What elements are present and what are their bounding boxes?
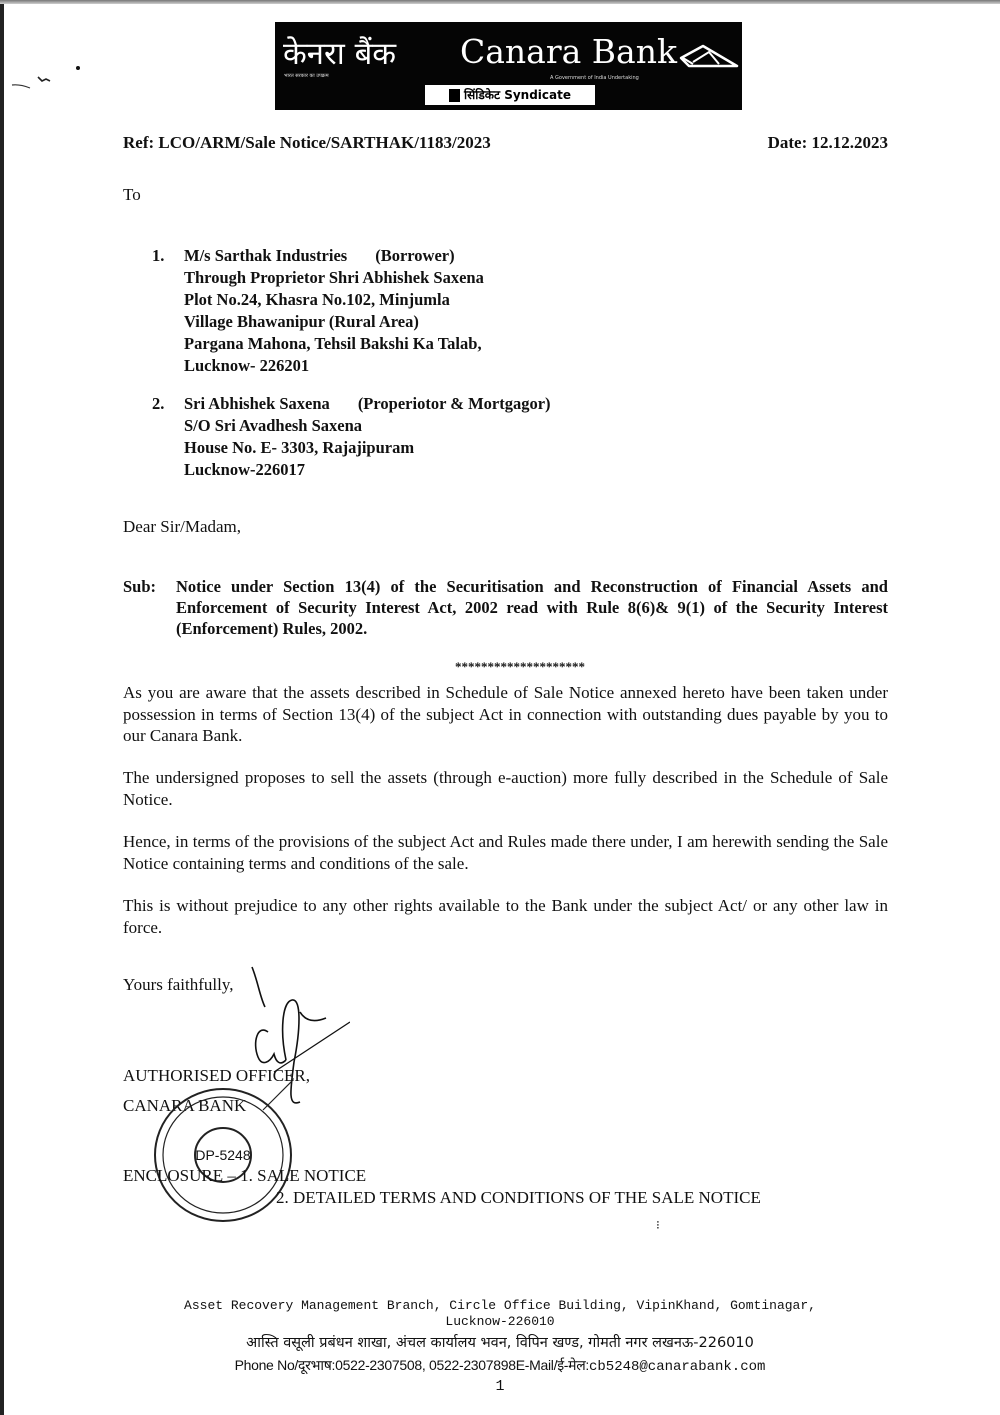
address-line: Through Proprietor Shri Abhishek Saxena bbox=[184, 267, 484, 289]
footer-address-english: Asset Recovery Management Branch, Circle… bbox=[0, 1298, 1000, 1330]
address-line: S/O Sri Avadhesh Saxena bbox=[184, 415, 551, 437]
subject-text: Notice under Section 13(4) of the Securi… bbox=[176, 576, 888, 639]
enclosure-line-2: 2. DETAILED TERMS AND CONDITIONS OF THE … bbox=[276, 1188, 761, 1208]
address-line: Pargana Mahona, Tehsil Bakshi Ka Talab, bbox=[184, 333, 484, 355]
body-paragraph: As you are aware that the assets describ… bbox=[123, 682, 888, 747]
address-line: Lucknow- 226201 bbox=[184, 355, 484, 377]
bank-name-hindi: केनरा बैंक bbox=[283, 32, 396, 74]
letterhead-banner: केनरा बैंक भारत सरकार का उपक्रम Canara B… bbox=[275, 22, 742, 110]
scan-specks bbox=[10, 60, 90, 100]
addressee-number: 1. bbox=[152, 245, 164, 267]
body-paragraph: Hence, in terms of the provisions of the… bbox=[123, 831, 888, 874]
footer-email[interactable]: cb5248@canarabank.com bbox=[589, 1359, 765, 1375]
address-line: Plot No.24, Khasra No.102, Minjumla bbox=[184, 289, 484, 311]
scan-border-top bbox=[0, 0, 1000, 4]
enclosure-line-1: ENCLOSURE – 1. SALE NOTICE bbox=[123, 1166, 366, 1186]
reference-number: Ref: LCO/ARM/Sale Notice/SARTHAK/1183/20… bbox=[123, 133, 491, 153]
svg-text:DP-5248: DP-5248 bbox=[195, 1147, 250, 1163]
document-page: केनरा बैंक भारत सरकार का उपक्रम Canara B… bbox=[0, 0, 1000, 1415]
addressee-number: 2. bbox=[152, 393, 164, 415]
scan-mark: ⁝ bbox=[656, 1218, 660, 1233]
footer-contact-label: Phone No/दूरभाष:0522-2307508, 0522-23078… bbox=[235, 1357, 589, 1373]
footer-address-hindi: आस्ति वसूली प्रबंधन शाखा, अंचल कार्यालय … bbox=[0, 1332, 1000, 1352]
scan-border-left bbox=[0, 4, 4, 1415]
footer-address-city: Lucknow-226010 bbox=[0, 1314, 1000, 1330]
bank-name-english: Canara Bank bbox=[460, 32, 677, 71]
canara-bank-logo-icon bbox=[679, 42, 739, 70]
syndicate-logo-icon bbox=[449, 89, 460, 102]
addressee-role: (Borrower) bbox=[375, 245, 454, 267]
address-line: Village Bhawanipur (Rural Area) bbox=[184, 311, 484, 333]
addressee-role: (Properiotor & Mortgagor) bbox=[358, 393, 551, 415]
address-line: House No. E- 3303, Rajajipuram bbox=[184, 437, 551, 459]
footer-contact: Phone No/दूरभाष:0522-2307508, 0522-23078… bbox=[0, 1356, 1000, 1375]
addressee-name: Sri Abhishek Saxena bbox=[184, 394, 330, 413]
valediction: Yours faithfully, bbox=[123, 975, 234, 995]
body-paragraph: The undersigned proposes to sell the ass… bbox=[123, 767, 888, 810]
to-label: To bbox=[123, 185, 141, 205]
addressee-name: M/s Sarthak Industries bbox=[184, 246, 347, 265]
salutation: Dear Sir/Madam, bbox=[123, 517, 241, 537]
bank-tagline-hindi: भारत सरकार का उपक्रम bbox=[284, 73, 329, 79]
syndicate-badge: सिंडिकेट Syndicate bbox=[425, 85, 595, 105]
separator: ******************** bbox=[0, 659, 1000, 675]
bank-tagline-english: A Government of India Undertaking bbox=[550, 75, 639, 81]
subject-label: Sub: bbox=[123, 576, 156, 597]
letter-date: Date: 12.12.2023 bbox=[768, 133, 888, 153]
page-number: 1 bbox=[0, 1378, 1000, 1395]
body-paragraph: This is without prejudice to any other r… bbox=[123, 895, 888, 938]
address-line: Lucknow-226017 bbox=[184, 459, 551, 481]
syndicate-badge-text: सिंडिकेट Syndicate bbox=[464, 88, 571, 102]
footer-address-line: Asset Recovery Management Branch, Circle… bbox=[0, 1298, 1000, 1314]
